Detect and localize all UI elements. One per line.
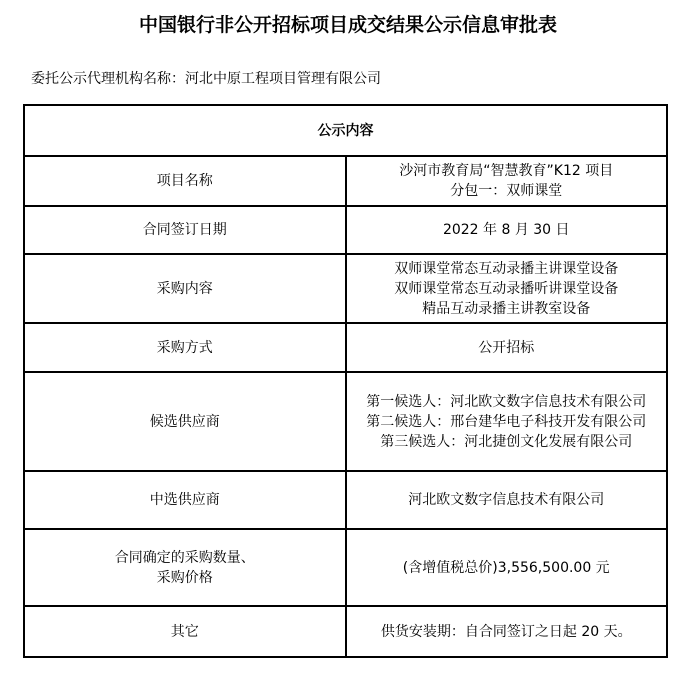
table-row-candidate-suppliers: 候选供应商 第一候选人：河北欧文数字信息技术有限公司 第二候选人：邢台建华电子科… [24, 372, 667, 471]
row-label: 中选供应商 [24, 471, 346, 529]
row-value: 河北欧文数字信息技术有限公司 [346, 471, 668, 529]
row-label: 采购内容 [24, 254, 346, 323]
row-label: 合同签订日期 [24, 206, 346, 254]
table-header: 公示内容 [24, 105, 667, 156]
agency-line: 委托公示代理机构名称：河北中原工程项目管理有限公司 [31, 68, 381, 88]
label-line: 其它 [29, 622, 341, 642]
agency-value: 河北中原工程项目管理有限公司 [185, 71, 381, 87]
table-row-contract-date: 合同签订日期 2022 年 8 月 30 日 [24, 206, 667, 254]
row-value: (含增值税总价)3,556,500.00 元 [346, 529, 668, 606]
document-title: 中国银行非公开招标项目成交结果公示信息审批表 [0, 10, 696, 37]
value-line: (含增值税总价)3,556,500.00 元 [351, 558, 663, 578]
approval-table: 公示内容 项目名称 沙河市教育局“智慧教育”K12 项目 分包一：双师课堂 合同… [23, 104, 668, 658]
value-line: 2022 年 8 月 30 日 [351, 220, 663, 240]
value-line: 公开招标 [351, 338, 663, 358]
value-line: 供货安装期：自合同签订之日起 20 天。 [351, 622, 663, 642]
table-header-row: 公示内容 [24, 105, 667, 156]
label-line: 项目名称 [29, 171, 341, 191]
row-value: 双师课堂常态互动录播主讲课堂设备 双师课堂常态互动录播听讲课堂设备 精品互动录播… [346, 254, 668, 323]
row-label: 候选供应商 [24, 372, 346, 471]
row-label: 其它 [24, 606, 346, 657]
table-row-selected-supplier: 中选供应商 河北欧文数字信息技术有限公司 [24, 471, 667, 529]
value-line: 沙河市教育局“智慧教育”K12 项目 [351, 161, 663, 181]
label-line: 采购价格 [29, 568, 341, 588]
value-line: 分包一：双师课堂 [351, 181, 663, 201]
table-row-quantity-price: 合同确定的采购数量、 采购价格 (含增值税总价)3,556,500.00 元 [24, 529, 667, 606]
label-line: 候选供应商 [29, 412, 341, 432]
value-line: 第一候选人：河北欧文数字信息技术有限公司 [351, 392, 663, 412]
label-line: 采购方式 [29, 338, 341, 358]
value-line: 双师课堂常态互动录播听讲课堂设备 [351, 279, 663, 299]
agency-label: 委托公示代理机构名称： [31, 71, 185, 87]
row-value: 供货安装期：自合同签订之日起 20 天。 [346, 606, 668, 657]
value-line: 双师课堂常态互动录播主讲课堂设备 [351, 259, 663, 279]
row-label: 采购方式 [24, 323, 346, 372]
row-value: 沙河市教育局“智慧教育”K12 项目 分包一：双师课堂 [346, 156, 668, 206]
value-line: 河北欧文数字信息技术有限公司 [351, 490, 663, 510]
label-line: 合同签订日期 [29, 220, 341, 240]
value-line: 精品互动录播主讲教室设备 [351, 299, 663, 319]
row-label: 合同确定的采购数量、 采购价格 [24, 529, 346, 606]
row-label: 项目名称 [24, 156, 346, 206]
table-row-project-name: 项目名称 沙河市教育局“智慧教育”K12 项目 分包一：双师课堂 [24, 156, 667, 206]
table-row-other: 其它 供货安装期：自合同签订之日起 20 天。 [24, 606, 667, 657]
label-line: 中选供应商 [29, 490, 341, 510]
row-value: 第一候选人：河北欧文数字信息技术有限公司 第二候选人：邢台建华电子科技开发有限公… [346, 372, 668, 471]
label-line: 采购内容 [29, 279, 341, 299]
row-value: 2022 年 8 月 30 日 [346, 206, 668, 254]
table-row-procurement-content: 采购内容 双师课堂常态互动录播主讲课堂设备 双师课堂常态互动录播听讲课堂设备 精… [24, 254, 667, 323]
value-line: 第二候选人：邢台建华电子科技开发有限公司 [351, 412, 663, 432]
value-line: 第三候选人：河北捷创文化发展有限公司 [351, 432, 663, 452]
row-value: 公开招标 [346, 323, 668, 372]
table-row-procurement-method: 采购方式 公开招标 [24, 323, 667, 372]
label-line: 合同确定的采购数量、 [29, 548, 341, 568]
